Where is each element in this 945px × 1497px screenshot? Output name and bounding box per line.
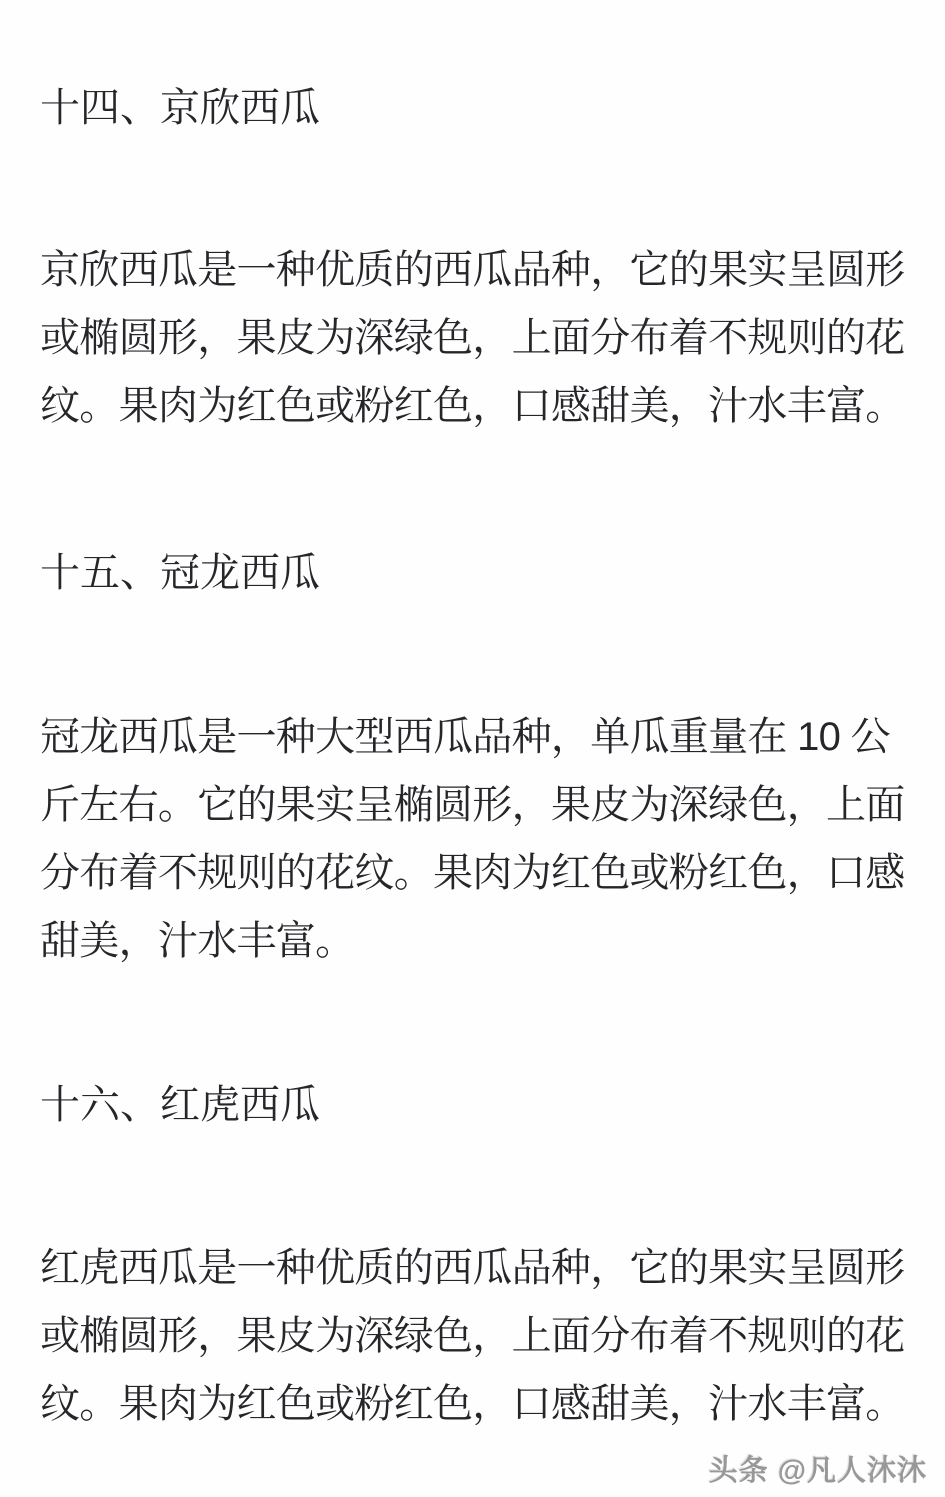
section-paragraph-honghu: 红虎西瓜是一种优质的西瓜品种，它的果实呈圆形 或椭圆形，果皮为深绿色，上面分布着… <box>40 1234 915 1438</box>
paragraph-line: 红虎西瓜是一种优质的西瓜品种，它的果实呈圆形 <box>40 1234 915 1302</box>
paragraph-line: 或椭圆形，果皮为深绿色，上面分布着不规则的花 <box>40 304 915 372</box>
paragraph-line: 纹。果肉为红色或粉红色，口感甜美，汁水丰富。 <box>40 1370 915 1438</box>
paragraph-line: 斤左右。它的果实呈椭圆形，果皮为深绿色，上面 <box>40 771 915 839</box>
section-heading-guanlong: 十五、冠龙西瓜 <box>40 545 915 601</box>
article-page: 十四、京欣西瓜 京欣西瓜是一种优质的西瓜品种，它的果实呈圆形 或椭圆形，果皮为深… <box>0 0 945 1497</box>
section-heading-jingxin: 十四、京欣西瓜 <box>40 80 915 136</box>
paragraph-line: 分布着不规则的花纹。果肉为红色或粉红色，口感 <box>40 839 915 907</box>
paragraph-line: 冠龙西瓜是一种大型西瓜品种，单瓜重量在 10 公 <box>40 703 915 771</box>
watermark-toutiao-author: 头条 @凡人沐沐 <box>709 1448 927 1489</box>
paragraph-line: 或椭圆形，果皮为深绿色，上面分布着不规则的花 <box>40 1302 915 1370</box>
paragraph-line: 纹。果肉为红色或粉红色，口感甜美，汁水丰富。 <box>40 372 915 440</box>
paragraph-line: 甜美，汁水丰富。 <box>40 907 915 975</box>
section-paragraph-guanlong: 冠龙西瓜是一种大型西瓜品种，单瓜重量在 10 公 斤左右。它的果实呈椭圆形，果皮… <box>40 703 915 975</box>
section-heading-honghu: 十六、红虎西瓜 <box>40 1077 915 1133</box>
section-paragraph-jingxin: 京欣西瓜是一种优质的西瓜品种，它的果实呈圆形 或椭圆形，果皮为深绿色，上面分布着… <box>40 236 915 440</box>
paragraph-line: 京欣西瓜是一种优质的西瓜品种，它的果实呈圆形 <box>40 236 915 304</box>
